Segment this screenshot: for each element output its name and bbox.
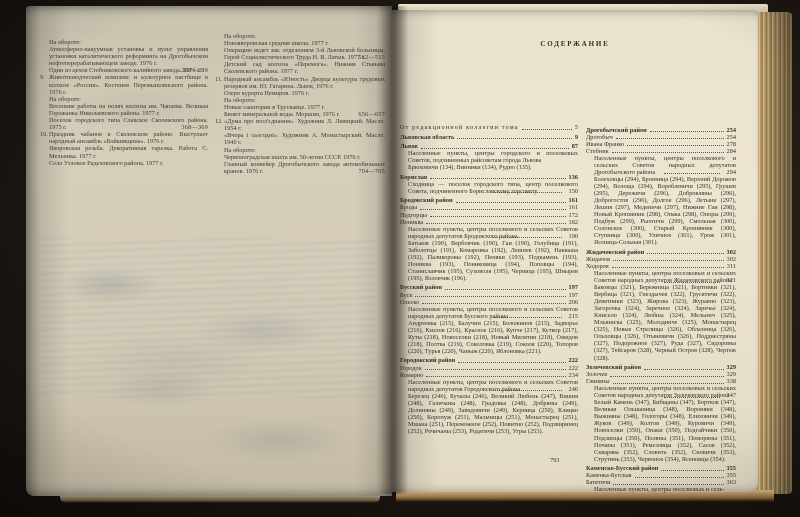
caption-text: На обороте: [49, 39, 81, 46]
entry-page-number: 311 [727, 263, 736, 270]
figure-caption-item: На обороте: [40, 39, 208, 46]
caption-text: На обороте: [224, 33, 256, 40]
entry-page-number: 278 [727, 141, 736, 148]
figure-caption-item: Операцию ведет зав. отделением 3-й Львов… [215, 47, 385, 61]
toc-item: Населенные пункты, центры поселковых и с… [586, 270, 736, 284]
dot-leader [664, 397, 720, 398]
entry-page-number: 197 [569, 284, 578, 291]
dot-leader [613, 260, 724, 261]
toc-item: Стебник 284 [586, 148, 736, 155]
caption-text: Село Узловое Радеховского района. 1977 г… [49, 160, 164, 167]
toc-item: Батятичи 363 [586, 479, 736, 486]
dot-leader [430, 178, 565, 179]
entry-label: Глиняны [586, 378, 610, 385]
dot-leader [493, 237, 562, 238]
entry-page-number: 197 [569, 292, 578, 299]
toc-item: Каменско-Бугский район 355 [586, 465, 736, 472]
entry-label: От редакционной коллегии тома [400, 124, 519, 131]
toc-item: Бусский район 197 [400, 284, 578, 291]
entry-page-number: 347 [727, 392, 736, 399]
dot-leader [426, 376, 565, 377]
item-number: 11. [215, 76, 223, 83]
figure-caption-item: 11. Народный ансамбль «Юность» Дворца ку… [215, 76, 385, 90]
paragraph-text: Населенные пункты, центры городского и п… [408, 150, 578, 164]
entry-label: Львов [400, 143, 418, 150]
entry-page-number: 254 [727, 134, 736, 141]
entry-label: Буск [400, 292, 412, 299]
caption-text: «Дума про возз'єднання». Художник Л. Лев… [224, 118, 385, 132]
toc-item: Населенные пункты, центры городского и п… [400, 150, 578, 164]
figure-caption-item: На обороте: [215, 147, 385, 154]
entry-label: Каменско-Бугский район [586, 465, 658, 472]
plate-page-range: 368—369 [181, 124, 208, 131]
entry-page-number: 172 [569, 212, 578, 219]
figure-caption-item: 12. «Дума про возз'єднання». Художник Л.… [215, 118, 385, 132]
toc-item: Комарно 234 [400, 372, 578, 379]
entry-page-number: 246 [569, 386, 578, 393]
dot-leader [635, 477, 724, 478]
entry-label: Пониква [400, 219, 423, 226]
entry-page-number: 222 [569, 365, 578, 372]
caption-text: Бювет минеральной воды. Моршин, 1976 г. [224, 111, 340, 118]
book-photo: На обороте: Атмосферно-вакуумная установ… [0, 0, 800, 517]
entry-label: Золочев [586, 371, 607, 378]
entry-label: Дрогобычский район [586, 127, 647, 134]
paragraph-text: Белый Камень (347), Бибщаны (347), Бортк… [594, 399, 736, 462]
toc-item: Дрогобычский район 254 [586, 127, 736, 134]
toc-item: Сходница — поселок городского типа, цент… [400, 181, 578, 195]
paragraph-text: Болеховцы (294), Бронница (294), Верхний… [594, 176, 736, 246]
toc-item: Березец (246), Бучалы (246), Великий Люб… [400, 393, 578, 435]
caption-text: Животноводческий комплекс и культурное п… [49, 74, 208, 95]
caption-text: На обороте: [224, 147, 256, 154]
entry-page-number: 355 [727, 472, 736, 479]
toc-item: Населенные пункты, центры поселкового и … [400, 306, 578, 320]
contents-column-2: Дрогобычский район 254 Дрогобыч 254 Иван… [586, 124, 736, 493]
entry-page-number: 302 [727, 249, 736, 256]
toc-item: Бродовский район 161 [400, 197, 578, 204]
toc-item: Ходоров 311 [586, 263, 736, 270]
entry-label: Золочевский район [586, 364, 641, 371]
figure-caption-item: Атмосферно-вакуумная установка и пульт у… [40, 46, 208, 67]
left-page-column-1: На обороте: Атмосферно-вакуумная установ… [40, 39, 208, 167]
entry-label: Борислав [400, 174, 427, 181]
dot-leader [522, 129, 572, 130]
contents-column-1: От редакционной коллегии тома 5 Львовска… [400, 124, 578, 437]
toc-item: Городокский район 222 [400, 357, 578, 364]
figure-caption-item: Детский сад колхоза «Перемога». Нижняя С… [215, 61, 385, 75]
paragraph-text: Андреевка (215), Балучин (215), Боложино… [408, 320, 578, 355]
entry-label: Стебник [586, 148, 609, 155]
toc-item: Населенные пункты, центры поселковых и с… [586, 486, 736, 493]
figure-caption-item: 9. Животноводческий комплекс и культурно… [40, 74, 208, 95]
entry-label: Каменка-Бугская [586, 472, 632, 479]
dot-leader [420, 209, 565, 210]
figure-caption-item: Село Узловое Радеховского района. 1977 г… [40, 160, 208, 167]
entry-page-number: 329 [727, 371, 736, 378]
entry-label: Жидачов [586, 256, 610, 263]
figure-caption-item: Главный конвейер Дрогобычского завода ав… [215, 161, 385, 175]
caption-text: Весенние работы на полях колхоза им. Чап… [49, 103, 208, 117]
entry-page-number: 321 [727, 277, 736, 284]
bleed-through-texture [44, 251, 378, 481]
toc-item: Золочев 329 [586, 371, 736, 378]
entry-page-number: 182 [569, 219, 578, 226]
entry-label: Олеско [400, 299, 419, 306]
figure-caption-item: 10. Праздник чабанов в Сколевском районе… [40, 131, 208, 145]
dot-leader [458, 362, 565, 363]
entry-page-number: 161 [569, 204, 578, 211]
figure-caption-item: Поселок городского типа Славское Сколевс… [40, 117, 208, 131]
plate-page-range: 656—657 [358, 111, 385, 118]
figure-caption-item: На обороте: [215, 97, 385, 104]
figure-caption-item: Один из цехов Стебниковского калийного з… [40, 67, 208, 74]
entry-page-number: 5 [575, 124, 578, 131]
toc-item: Ивана Франко 278 [586, 141, 736, 148]
toc-item: Буск 197 [400, 292, 578, 299]
caption-text: «Вчора і сьогодні». Художник А. Монастыр… [224, 132, 385, 146]
caption-text: Яворовская резьба. Декоративная тарелка.… [49, 145, 208, 159]
entry-page-number: 190 [569, 233, 578, 240]
entry-page-number: 206 [569, 299, 578, 306]
dot-leader [627, 145, 723, 146]
caption-text: Детский сад колхоза «Перемога». Нижняя С… [224, 61, 385, 75]
entry-page-number: 338 [727, 378, 736, 385]
dot-leader [661, 470, 723, 471]
toc-item: Населенные пункты, центры поселкового и … [400, 226, 578, 240]
caption-text: Червоноградская шахта им. 50-летия СССР.… [224, 154, 361, 161]
caption-text: Атмосферно-вакуумная установка и пульт у… [49, 46, 208, 67]
dot-leader [664, 173, 720, 174]
dot-leader [430, 216, 566, 217]
toc-item: Андреевка (215), Балучин (215), Боложино… [400, 320, 578, 355]
entry-label: Львовская область [400, 134, 454, 141]
entry-page-number: 136 [569, 174, 578, 181]
toc-item: От редакционной коллегии тома 5 [400, 124, 578, 131]
toc-item: Баковцы (321), Бережница (321), Бортники… [586, 284, 736, 362]
paragraph-text: Брюховичи (134), Винники (134), Рудно (1… [408, 164, 532, 171]
toc-item: Жидачовский район 302 [586, 249, 736, 256]
toc-item: Дрогобыч 254 [586, 134, 736, 141]
figure-caption-item: Червоноградская шахта им. 50-летия СССР.… [215, 154, 385, 161]
dot-leader [613, 484, 723, 485]
plate-page-range: 512—513 [358, 54, 385, 61]
dot-leader [612, 152, 724, 153]
dot-leader [664, 282, 720, 283]
toc-item: Городок 222 [400, 365, 578, 372]
entry-label: Подгорцы [400, 212, 427, 219]
dot-leader [415, 296, 565, 297]
fore-edge-pages [754, 12, 792, 494]
left-page-column-2: На обороте: Новояворовская средняя школа… [215, 33, 385, 175]
toc-item: Каменка-Бугская 355 [586, 472, 736, 479]
dot-leader [445, 289, 565, 290]
plate-page-range: 704—705 [358, 168, 385, 175]
figure-caption-item: Весенние работы на полях колхоза им. Чап… [40, 103, 208, 117]
dot-leader [493, 317, 562, 318]
paragraph-text: Населенные пункты, центры поселковых и с… [594, 486, 725, 493]
entry-label: Дрогобыч [586, 134, 613, 141]
dot-leader [456, 202, 566, 203]
caption-text: Народный ансамбль «Юность» Дворца культу… [224, 76, 385, 90]
toc-item: Золочевский район 329 [586, 364, 736, 371]
toc-item: Брюховичи (134), Винники (134), Рудно (1… [400, 164, 578, 171]
plate-page-range: 288—289 [181, 67, 208, 74]
item-number: 12. [215, 118, 223, 125]
paragraph-text: Батьков (190), Вербовчик (190), Гаи (190… [408, 240, 578, 282]
figure-caption-item: Озеро курорта Немиров. 1976 г. [215, 90, 385, 97]
toc-item: Олеско 206 [400, 299, 578, 306]
entry-page-number: 329 [727, 364, 736, 371]
dot-leader [647, 253, 723, 254]
figure-caption-item: «Вчора і сьогодні». Художник А. Монастыр… [215, 132, 385, 146]
dot-leader [610, 376, 723, 377]
entry-page-number: 254 [727, 127, 736, 134]
toc-item: Населенные пункты, центры поселковых и с… [586, 385, 736, 399]
entry-label: Ивана Франко [586, 141, 624, 148]
dot-leader [612, 267, 724, 268]
toc-item: Подгорцы 172 [400, 212, 578, 219]
toc-item: Батьков (190), Вербовчик (190), Гаи (190… [400, 240, 578, 282]
dot-leader [493, 390, 562, 391]
entry-page-number: 302 [727, 256, 736, 263]
dot-leader [425, 369, 566, 370]
caption-text: Праздник чабанов в Сколевском районе. Вы… [49, 131, 208, 145]
entry-page-number: 222 [569, 357, 578, 364]
page-number: 793 [550, 457, 559, 464]
dot-leader [616, 138, 724, 139]
toc-item: Глиняны 338 [586, 378, 736, 385]
entry-page-number: 215 [569, 313, 578, 320]
contents-header: СОДЕРЖАНИЕ [392, 40, 758, 48]
dot-leader [493, 192, 562, 193]
entry-page-number: 284 [727, 148, 736, 155]
figure-caption-item: Новые санатории в Трускавце. 1977 г. [215, 104, 385, 111]
dot-leader [644, 369, 724, 370]
entry-label: Ходоров [586, 263, 609, 270]
toc-item: Пониква 182 [400, 219, 578, 226]
toc-item: Болеховцы (294), Бронница (294), Верхний… [586, 176, 736, 246]
caption-text: Новые санатории в Трускавце. 1977 г. [224, 104, 325, 111]
paragraph-text: Баковцы (321), Бережница (321), Бортники… [594, 284, 736, 361]
figure-caption-item: На обороте: [40, 96, 208, 103]
toc-item: Населенные пункты, центры поселкового и … [400, 379, 578, 393]
item-number: 9. [40, 74, 45, 81]
caption-text: Один из цехов Стебниковского калийного з… [49, 67, 201, 74]
entry-label: Городокский район [400, 357, 455, 364]
toc-item: Населенные пункты, центры поселкового и … [586, 155, 736, 176]
entry-page-number: 234 [569, 372, 578, 379]
dot-leader [650, 131, 724, 132]
entry-page-number: 294 [727, 169, 736, 176]
entry-label: Жидачовский район [586, 249, 644, 256]
entry-page-number: 150 [569, 188, 578, 195]
paragraph-text: Березец (246), Бучалы (246), Великий Люб… [408, 393, 578, 435]
caption-text: На обороте: [224, 97, 256, 104]
right-page: СОДЕРЖАНИЕ От редакционной коллегии тома… [392, 10, 758, 492]
entry-page-number: 87 [572, 143, 578, 150]
dot-leader [613, 383, 724, 384]
entry-label: Батятичи [586, 479, 610, 486]
entry-page-number: 161 [569, 197, 578, 204]
item-number: 10. [40, 131, 48, 138]
figure-caption-item: Яворовская резьба. Декоративная тарелка.… [40, 145, 208, 159]
entry-label: Бусский район [400, 284, 442, 291]
figure-caption-item: На обороте: [215, 33, 385, 40]
toc-item: Борислав 136 [400, 174, 578, 181]
figure-caption-item: Бювет минеральной воды. Моршин, 1976 г. … [215, 111, 385, 118]
entry-label: Бродовский район [400, 197, 453, 204]
toc-item: Львов 87 [400, 143, 578, 150]
caption-text: Новояворовская средняя школа. 1977 г. [224, 40, 329, 47]
toc-item: Броды 161 [400, 204, 578, 211]
left-page: На обороте: Атмосферно-вакуумная установ… [26, 6, 392, 496]
toc-item: Львовская область 9 [400, 134, 578, 141]
entry-page-number: 363 [727, 479, 736, 486]
entry-page-number: 355 [727, 465, 736, 472]
dot-leader [426, 223, 565, 224]
entry-page-number: 9 [575, 134, 578, 141]
caption-text: На обороте: [49, 96, 81, 103]
entry-label: Комарно [400, 372, 423, 379]
dot-leader [422, 303, 565, 304]
entry-label: Броды [400, 204, 417, 211]
toc-item: Белый Камень (347), Бибщаны (347), Бортк… [586, 399, 736, 462]
figure-caption-item: Новояворовская средняя школа. 1977 г. [215, 40, 385, 47]
dot-leader [421, 148, 569, 149]
dot-leader [457, 138, 571, 139]
toc-item: Жидачов 302 [586, 256, 736, 263]
caption-text: Озеро курорта Немиров. 1976 г. [224, 90, 309, 97]
entry-label: Городок [400, 365, 422, 372]
